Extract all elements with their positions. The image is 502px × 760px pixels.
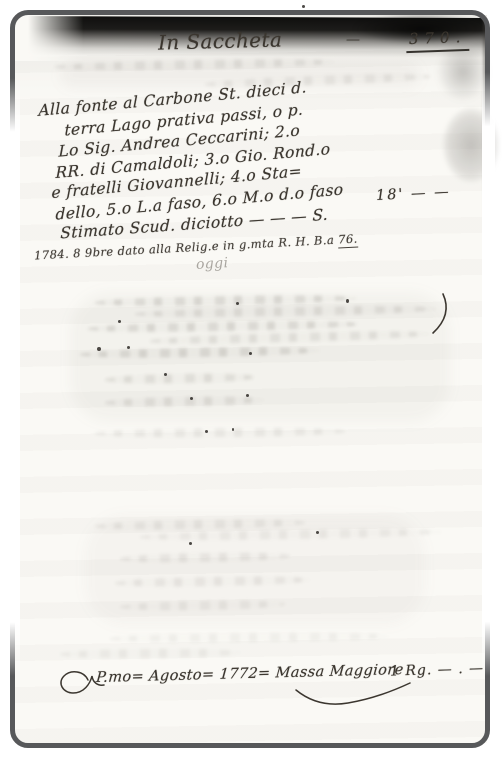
ink-speck (302, 5, 305, 8)
scan-frame-fade-right (482, 72, 495, 676)
manuscript-scan: In Saccheta — 370. Alla fonte al Carbone… (0, 0, 502, 760)
scan-frame-fade-left (7, 78, 20, 676)
scan-frame (10, 10, 490, 748)
